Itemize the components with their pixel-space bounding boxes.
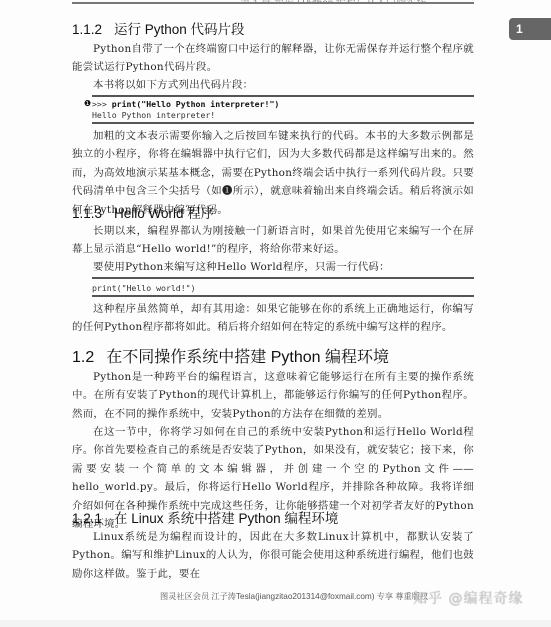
license-footer: 图灵社区会员 江子涛Tesla(jiangzitao201314@foxmail…: [160, 591, 428, 602]
section-number: 1.2: [72, 349, 94, 367]
paragraph: Linux系统是为编程而设计的，因此在大多数Linux计算机中，都默认安装了Py…: [72, 528, 474, 583]
section-title: Hello World 程序: [114, 206, 214, 221]
section-heading-1-2-1: 1.2.1在 Linux 系统中搭建 Python 编程环境: [72, 507, 338, 527]
header-rule: [72, 2, 474, 4]
paragraph: 要使用Python来编写这种Hello World程序，只需一行代码：: [72, 258, 474, 276]
bottom-band: [0, 620, 551, 627]
paragraph: 本书将以如下方式列出代码片段：: [72, 76, 474, 94]
code-line: print("Hello world!"): [92, 283, 196, 293]
callout-marker-icon: ❶: [84, 99, 91, 108]
section-title: 运行 Python 代码片段: [114, 22, 245, 37]
section-heading-1-1-2: 1.1.2运行 Python 代码片段: [72, 18, 245, 38]
section-number: 1.1.3: [72, 206, 102, 221]
code-rule-bottom: [92, 122, 474, 124]
code-input-line: >>> print("Hello Python interpreter!"): [92, 99, 279, 109]
section-number: 1.2.1: [72, 511, 102, 526]
code-rule-top: [92, 95, 474, 97]
watermark: 知乎 @编程奇缘: [413, 588, 523, 608]
code-rule-bottom: [92, 295, 474, 297]
section-heading-1-2: 1.2在不同操作系统中搭建 Python 编程环境: [72, 344, 389, 367]
paragraph: 这种程序虽然简单，却有其用途：如果它能够在你的系统上正确地运行，你编写的任何Py…: [72, 300, 474, 337]
document-page: 第 1 章 起步 / Python 编程：从入门到实践 1 1.1.2运行 Py…: [0, 0, 551, 627]
code-input: print("Hello Python interpreter!"): [112, 99, 280, 109]
paragraph: Python是一种跨平台的编程语言，这意味着它能够运行在所有主要的操作系统中。在…: [72, 368, 474, 423]
section-title: 在不同操作系统中搭建 Python 编程环境: [106, 349, 389, 366]
section-heading-1-1-3: 1.1.3Hello World 程序: [72, 202, 214, 222]
code-rule-top: [92, 277, 474, 279]
paragraph: 长期以来，编程界都认为刚接触一门新语言时，如果首先使用它来编写一个在屏幕上显示消…: [72, 222, 474, 259]
section-number: 1.1.2: [72, 22, 102, 37]
chapter-tab: 1: [509, 18, 551, 40]
code-prompt: >>>: [92, 99, 112, 109]
section-title: 在 Linux 系统中搭建 Python 编程环境: [114, 511, 338, 526]
paragraph: Python自带了一个在终端窗口中运行的解释器，让你无需保存并运行整个程序就能尝…: [72, 40, 474, 77]
code-output-line: Hello Python interpreter!: [92, 110, 215, 120]
